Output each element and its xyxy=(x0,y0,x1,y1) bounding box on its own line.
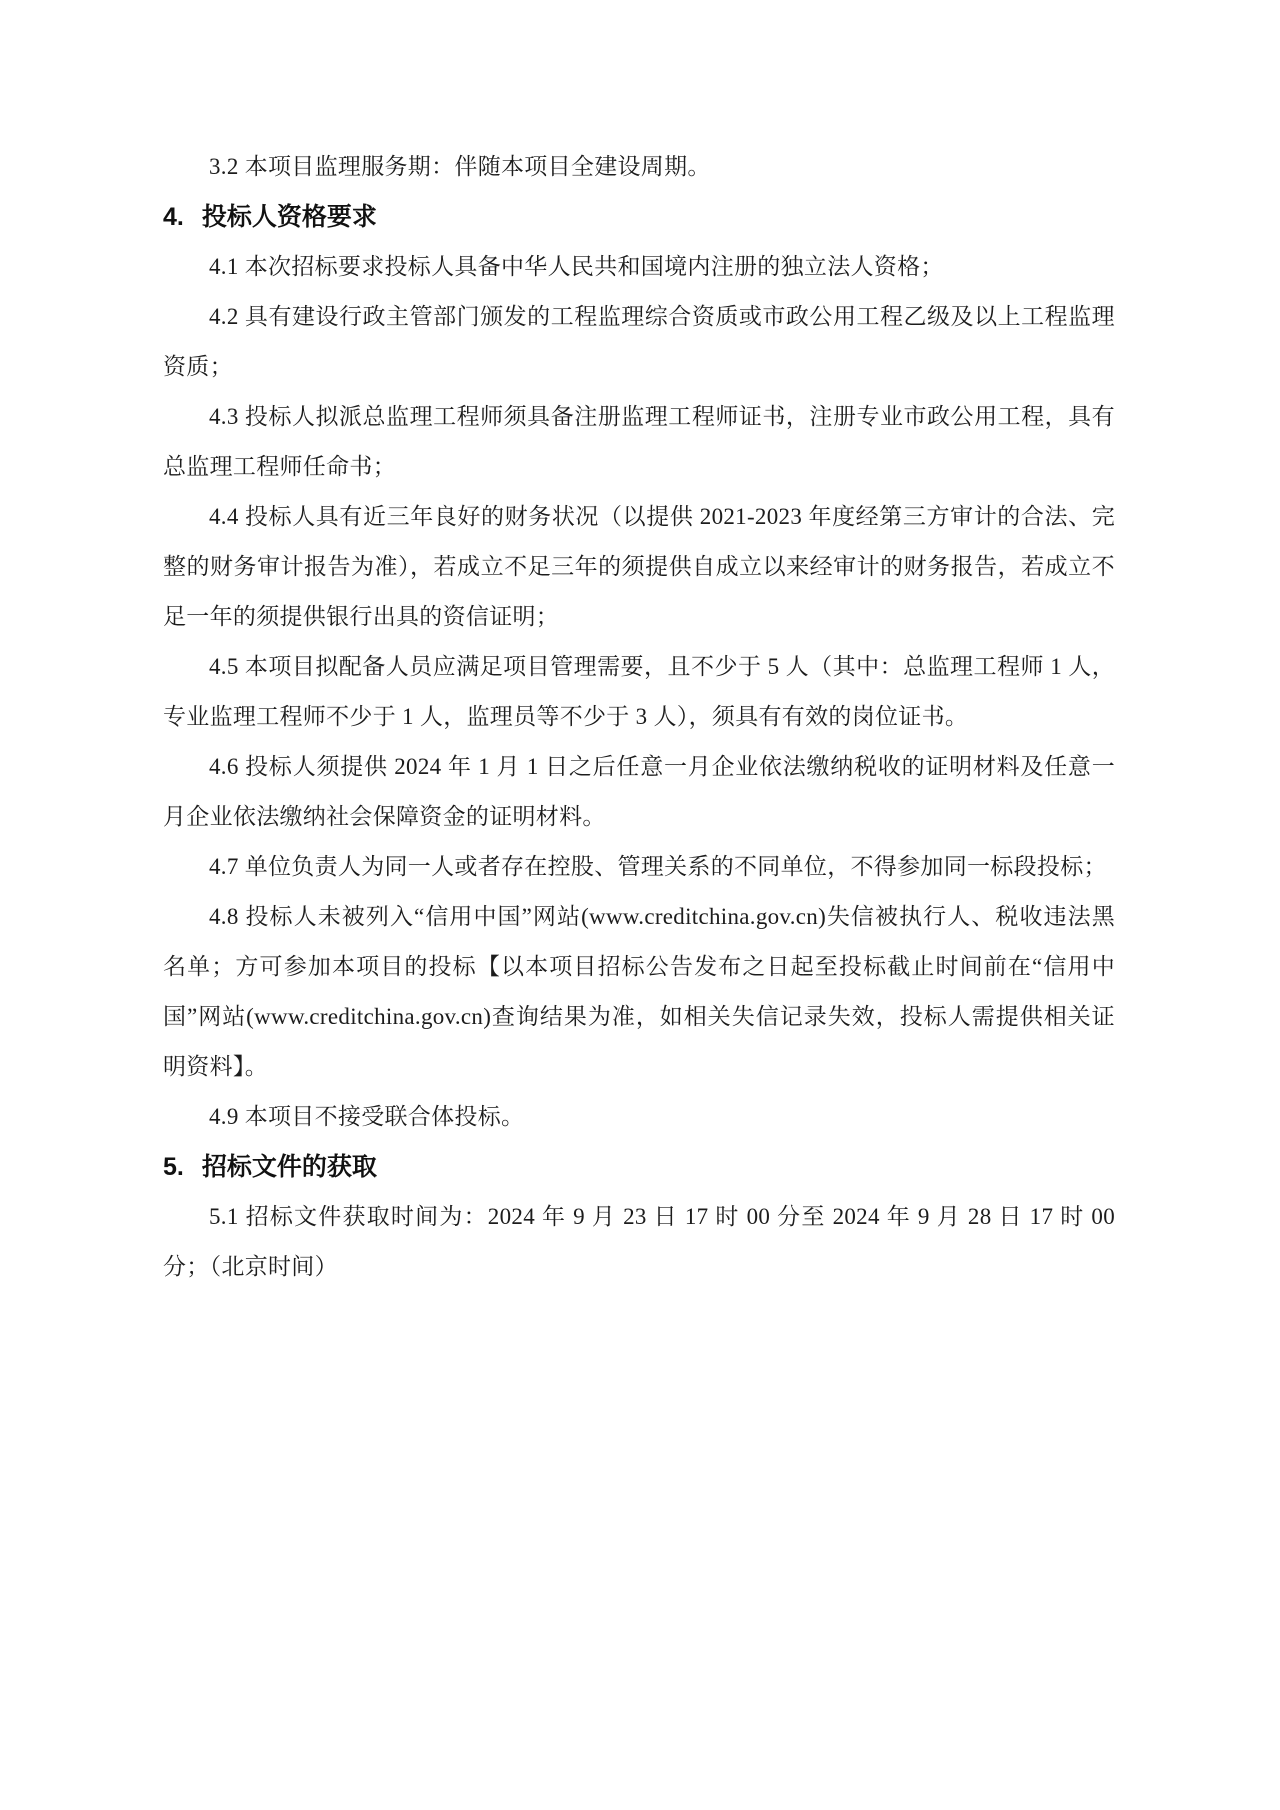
section-heading-5-number: 5. xyxy=(163,1142,184,1192)
clause-4-7: 4.7 单位负责人为同一人或者存在控股、管理关系的不同单位，不得参加同一标段投标… xyxy=(163,842,1115,892)
clause-3-2: 3.2 本项目监理服务期：伴随本项目全建设周期。 xyxy=(163,142,1115,192)
clause-4-1: 4.1 本次招标要求投标人具备中华人民共和国境内注册的独立法人资格； xyxy=(163,242,1115,292)
section-heading-5: 5.招标文件的获取 xyxy=(163,1142,1115,1192)
clause-4-9: 4.9 本项目不接受联合体投标。 xyxy=(163,1092,1115,1142)
clause-4-4: 4.4 投标人具有近三年良好的财务状况（以提供 2021-2023 年度经第三方… xyxy=(163,492,1115,642)
clause-5-1: 5.1 招标文件获取时间为：2024 年 9 月 23 日 17 时 00 分至… xyxy=(163,1192,1115,1292)
section-heading-4-label: 投标人资格要求 xyxy=(202,203,377,231)
section-heading-4: 4.投标人资格要求 xyxy=(163,192,1115,242)
section-heading-4-number: 4. xyxy=(163,192,184,242)
clause-4-3: 4.3 投标人拟派总监理工程师须具备注册监理工程师证书，注册专业市政公用工程，具… xyxy=(163,392,1115,492)
clause-4-8: 4.8 投标人未被列入“信用中国”网站(www.creditchina.gov.… xyxy=(163,892,1115,1092)
clause-4-2: 4.2 具有建设行政主管部门颁发的工程监理综合资质或市政公用工程乙级及以上工程监… xyxy=(163,292,1115,392)
document-page: 3.2 本项目监理服务期：伴随本项目全建设周期。 4.投标人资格要求 4.1 本… xyxy=(0,0,1280,1810)
clause-4-6: 4.6 投标人须提供 2024 年 1 月 1 日之后任意一月企业依法缴纳税收的… xyxy=(163,742,1115,842)
clause-4-5: 4.5 本项目拟配备人员应满足项目管理需要，且不少于 5 人（其中：总监理工程师… xyxy=(163,642,1115,742)
section-heading-5-label: 招标文件的获取 xyxy=(202,1153,377,1181)
